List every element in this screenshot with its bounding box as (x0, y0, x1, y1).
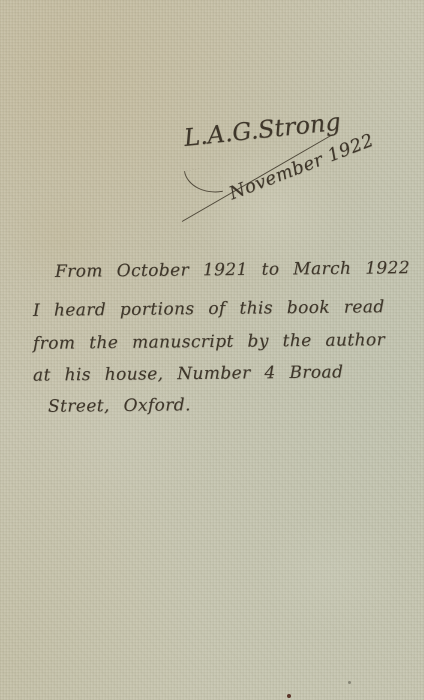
book-endpaper: L.A.G.Strong November 1922 From October … (0, 0, 424, 700)
paper-speck (348, 681, 351, 684)
ink-speck (287, 694, 291, 698)
inscription-line: Street, Oxford. (48, 395, 191, 416)
signature: L.A.G.Strong (183, 108, 342, 152)
inscription-line: at his house, Number 4 Broad (33, 362, 344, 385)
inscription-line: from the manuscript by the author (33, 330, 385, 354)
inscription-line: From October 1921 to March 1922 (55, 258, 410, 282)
inscription-line: I heard portions of this book read (33, 297, 385, 321)
signature-flourish (184, 165, 223, 198)
